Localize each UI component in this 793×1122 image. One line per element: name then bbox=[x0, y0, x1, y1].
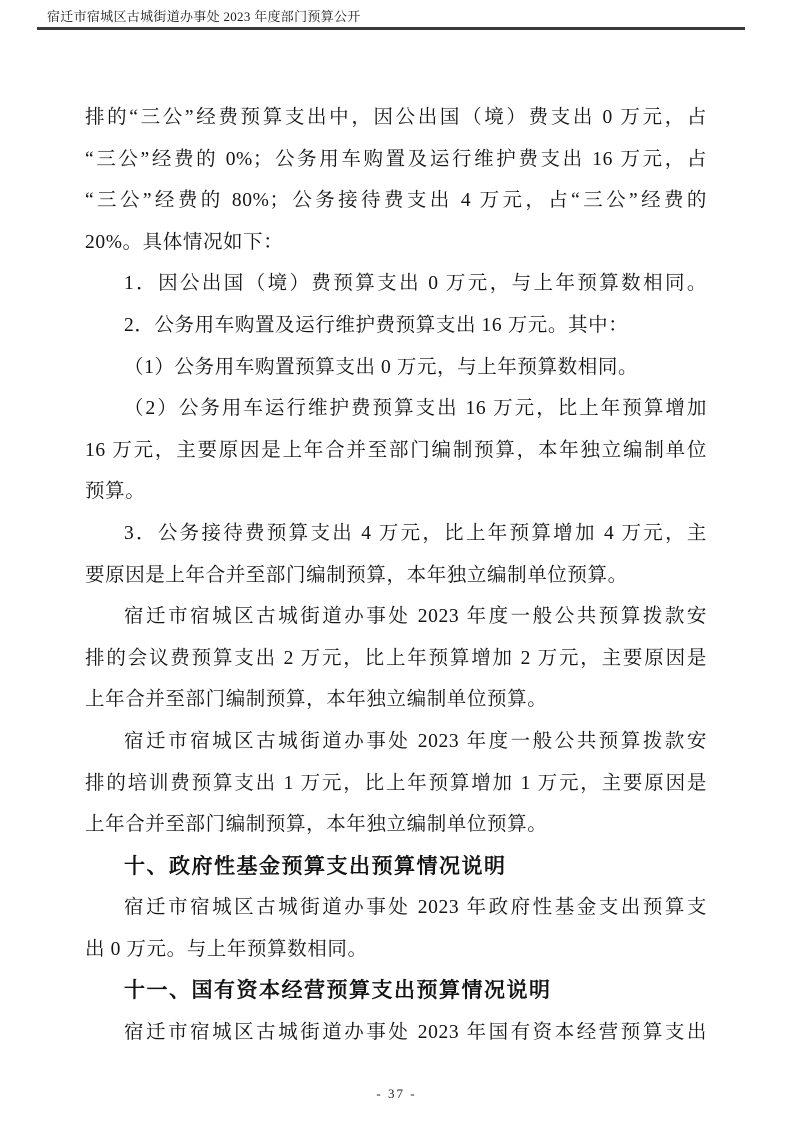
header-rule bbox=[37, 27, 745, 30]
text-line: 上年合并至部门编制预算，本年独立编制单位预算。 bbox=[85, 679, 707, 721]
text-line: 出 0 万元。与上年预算数相同。 bbox=[85, 929, 707, 971]
text-line: 宿迁市宿城区古城街道办事处 2023 年国有资本经营预算支出 bbox=[85, 1012, 707, 1054]
text-line: 排的会议费预算支出 2 万元，比上年预算增加 2 万元，主要原因是 bbox=[85, 638, 707, 680]
document-page: 宿迁市宿城区古城街道办事处 2023 年度部门预算公开 排的“三公”经费预算支出… bbox=[0, 0, 793, 1122]
text-line: 宿迁市宿城区古城街道办事处 2023 年度一般公共预算拨款安 bbox=[85, 721, 707, 763]
text-line: 上年合并至部门编制预算，本年独立编制单位预算。 bbox=[85, 804, 707, 846]
text-line: 宿迁市宿城区古城街道办事处 2023 年度一般公共预算拨款安 bbox=[85, 596, 707, 638]
text-line: 2．公务用车购置及运行维护费预算支出 16 万元。其中： bbox=[85, 305, 707, 347]
page-number: - 37 - bbox=[376, 1086, 416, 1101]
text-line: 预算。 bbox=[85, 471, 707, 513]
text-line: 宿迁市宿城区古城街道办事处 2023 年政府性基金支出预算支 bbox=[85, 887, 707, 929]
text-line: 排的培训费预算支出 1 万元，比上年预算增加 1 万元，主要原因是 bbox=[85, 763, 707, 805]
text-line: 16 万元，主要原因是上年合并至部门编制预算，本年独立编制单位 bbox=[85, 430, 707, 472]
text-line: 3．公务接待费预算支出 4 万元，比上年预算增加 4 万元，主 bbox=[85, 513, 707, 555]
text-line: 排的“三公”经费预算支出中，因公出国（境）费支出 0 万元，占 bbox=[85, 97, 707, 139]
text-line: 20%。具体情况如下： bbox=[85, 222, 707, 264]
text-line: “三公”经费的 0%；公务用车购置及运行维护费支出 16 万元，占 bbox=[85, 139, 707, 181]
text-line: “三公”经费的 80%；公务接待费支出 4 万元，占“三公”经费的 bbox=[85, 180, 707, 222]
text-line: （2）公务用车运行维护费预算支出 16 万元，比上年预算增加 bbox=[85, 388, 707, 430]
document-body: 排的“三公”经费预算支出中，因公出国（境）费支出 0 万元，占“三公”经费的 0… bbox=[85, 97, 707, 1054]
text-line: （1）公务用车购置预算支出 0 万元，与上年预算数相同。 bbox=[85, 347, 707, 389]
section-heading: 十一、国有资本经营预算支出预算情况说明 bbox=[85, 970, 707, 1012]
text-line: 1．因公出国（境）费预算支出 0 万元，与上年预算数相同。 bbox=[85, 263, 707, 305]
section-heading: 十、政府性基金预算支出预算情况说明 bbox=[85, 846, 707, 888]
text-line: 要原因是上年合并至部门编制预算，本年独立编制单位预算。 bbox=[85, 555, 707, 597]
page-footer: - 37 - bbox=[0, 1085, 793, 1103]
page-header-title: 宿迁市宿城区古城街道办事处 2023 年度部门预算公开 bbox=[47, 9, 361, 25]
